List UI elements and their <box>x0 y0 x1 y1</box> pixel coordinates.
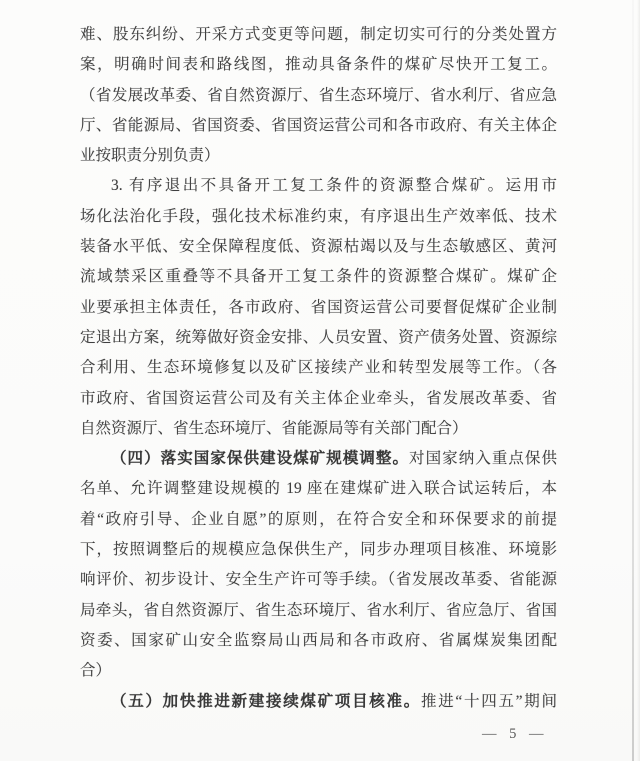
text-line: 合利用、生态环境修复以及矿区接续产业和转型发展等工作。（各 <box>80 353 557 383</box>
body-text: 下，按照调整后的规模应急保供生产，同步办理项目核准、环境影 <box>80 541 557 558</box>
body-text: 业按职责分别负责） <box>80 147 220 164</box>
body-text: 3. <box>111 177 129 194</box>
text-line: 名单、允许调整建设规模的 19 座在建煤矿进入联合试运转后，本 <box>80 474 557 504</box>
body-text: 推进“十四五”期间 <box>421 693 557 710</box>
body-text: 局牵头，省自然资源厅、省生态环境厅、省水利厅、省应急厅、省国 <box>80 602 557 619</box>
heading-text: （四）落实国家保供建设煤矿规模调整。 <box>111 450 409 467</box>
text-line: 资委、国家矿山安全监察局山西局和各市政府、省属煤炭集团配 <box>80 626 557 656</box>
body-text: 运用市 <box>506 177 557 194</box>
text-block: 难、股东纠纷、开采方式变更等问题，制定切实可行的分类处置方案，明确时间表和路线图… <box>80 20 557 717</box>
scan-edge-line <box>632 0 634 761</box>
body-text: 场化法治化手段，强化技术标准约束，有序退出生产效率低、技术 <box>80 208 557 225</box>
text-line: 业按职责分别负责） <box>80 141 557 171</box>
text-line: 下，按照调整后的规模应急保供生产，同步办理项目核准、环境影 <box>80 535 557 565</box>
body-text: 合利用、生态环境修复以及矿区接续产业和转型发展等工作。（各 <box>80 359 557 376</box>
body-text: 着“政府引导、企业自愿”的原则，在符合安全和环保要求的前提 <box>80 511 557 528</box>
text-line: 难、股东纠纷、开采方式变更等问题，制定切实可行的分类处置方 <box>80 20 557 50</box>
text-line: 3. 有序退出不具备开工复工条件的资源整合煤矿。运用市 <box>80 171 557 201</box>
text-line: 案，明确时间表和路线图，推动具备条件的煤矿尽快开工复工。 <box>80 50 557 80</box>
body-text: 厅、省能源局、省国资委、省国资运营公司和各市政府、有关主体企 <box>80 117 557 134</box>
text-line: 厅、省能源局、省国资委、省国资运营公司和各市政府、有关主体企 <box>80 111 557 141</box>
body-text: 名单、允许调整建设规模的 19 座在建煤矿进入联合试运转后，本 <box>80 480 557 497</box>
text-line: 局牵头，省自然资源厅、省生态环境厅、省水利厅、省应急厅、省国 <box>80 596 557 626</box>
text-line: （五）加快推进新建接续煤矿项目核准。推进“十四五”期间 <box>80 687 557 717</box>
text-line: 市政府、省国资运营公司及有关主体企业牵头，省发展改革委、省 <box>80 384 557 414</box>
text-line: 定退出方案，统筹做好资金安排、人员安置、资产债务处置、资源综 <box>80 323 557 353</box>
text-line: 着“政府引导、企业自愿”的原则，在符合安全和环保要求的前提 <box>80 505 557 535</box>
body-text: 定退出方案，统筹做好资金安排、人员安置、资产债务处置、资源综 <box>80 329 557 346</box>
text-line: 流域禁采区重叠等不具备开工复工条件的资源整合煤矿。煤矿企 <box>80 262 557 292</box>
text-line: 自然资源厅、省生态环境厅、省能源局等有关部门配合） <box>80 414 557 444</box>
text-line: 场化法治化手段，强化技术标准约束，有序退出生产效率低、技术 <box>80 202 557 232</box>
text-line: 响评价、初步设计、安全生产许可等手续。（省发展改革委、省能源 <box>80 565 557 595</box>
body-text: 合） <box>80 662 111 679</box>
body-text: 对国家纳入重点保供 <box>409 450 557 467</box>
body-text: 难、股东纠纷、开采方式变更等问题，制定切实可行的分类处置方 <box>80 26 557 43</box>
body-text: 装备水平低、安全保障程度低、资源枯竭以及与生态敏感区、黄河 <box>80 238 557 255</box>
text-line: （省发展改革委、省自然资源厅、省生态环境厅、省水利厅、省应急 <box>80 81 557 111</box>
body-text: 流域禁采区重叠等不具备开工复工条件的资源整合煤矿。煤矿企 <box>80 268 557 285</box>
text-line: （四）落实国家保供建设煤矿规模调整。对国家纳入重点保供 <box>80 444 557 474</box>
body-text: 市政府、省国资运营公司及有关主体企业牵头，省发展改革委、省 <box>80 390 557 407</box>
body-text: （省发展改革委、省自然资源厅、省生态环境厅、省水利厅、省应急 <box>80 87 557 104</box>
body-text: 自然资源厅、省生态环境厅、省能源局等有关部门配合） <box>80 420 468 437</box>
body-text: 案，明确时间表和路线图，推动具备条件的煤矿尽快开工复工。 <box>80 56 557 73</box>
document-page: 难、股东纠纷、开采方式变更等问题，制定切实可行的分类处置方案，明确时间表和路线图… <box>0 0 640 761</box>
text-line: 合） <box>80 656 557 686</box>
text-line: 业要承担主体责任，各市政府、省国资运营公司要督促煤矿企业制 <box>80 293 557 323</box>
body-text: 资委、国家矿山安全监察局山西局和各市政府、省属煤炭集团配 <box>80 632 557 649</box>
heading-text: 有序退出不具备开工复工条件的资源整合煤矿。 <box>129 177 506 194</box>
heading-text: （五）加快推进新建接续煤矿项目核准。 <box>111 693 421 710</box>
text-line: 装备水平低、安全保障程度低、资源枯竭以及与生态敏感区、黄河 <box>80 232 557 262</box>
body-text: 响评价、初步设计、安全生产许可等手续。（省发展改革委、省能源 <box>80 571 557 588</box>
page-number: — 5 — <box>482 724 562 744</box>
body-text: 业要承担主体责任，各市政府、省国资运营公司要督促煤矿企业制 <box>80 299 557 316</box>
